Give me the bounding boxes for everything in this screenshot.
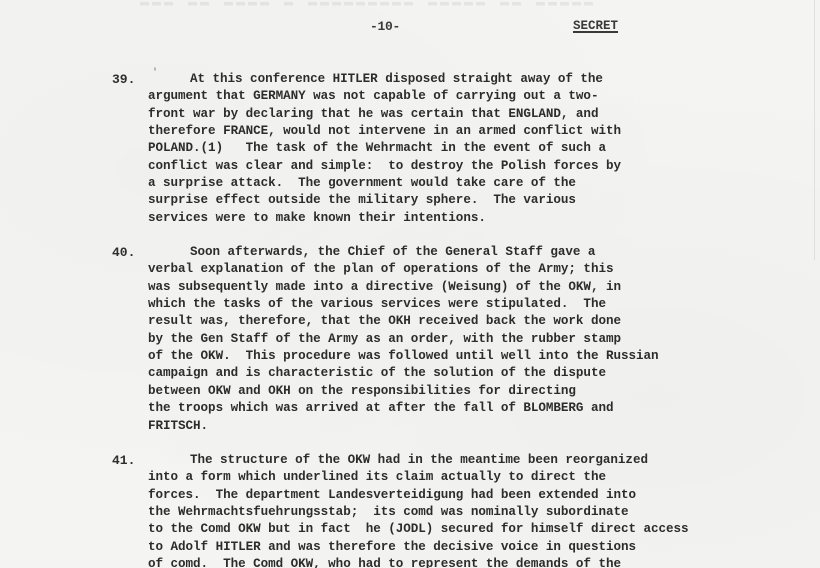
text-line: The structure of the OKW had in the mean… [190,453,648,468]
classification-marking: SECRET [573,19,618,33]
text-line: POLAND.(1) The task of the Wehrmacht in … [148,141,606,156]
stray-mark: ' [152,68,158,79]
text-line: services were to make known their intent… [148,211,486,226]
text-line: by the Gen Staff of the Army as an order… [148,332,621,347]
paragraph-number: 41. [112,453,135,468]
text-line: Soon afterwards, the Chief of the Genera… [190,245,595,260]
text-line: between OKW and OKH on the responsibilit… [148,384,576,399]
paragraph-number: 40. [112,245,135,260]
text-line: surprise effect outside the military sph… [148,193,576,208]
text-line: argument that GERMANY was not capable of… [148,89,598,104]
text-line: to Adolf HITLER and was therefore the de… [148,540,636,555]
text-line: front war by declaring that he was certa… [148,107,598,122]
text-line: result was, therefore, that the OKH rece… [148,314,621,329]
text-line: verbal explanation of the plan of operat… [148,262,613,277]
text-line: the Wehrmachtsfuehrungsstab; its comd wa… [148,505,628,520]
bleed-through-text: ▬▬▬ ▬▬ ▬▬▬▬ ▬ ▬▬▬▬▬▬▬▬▬ ▬▬▬▬▬ ▬▬ ▬▬▬▬▬ [140,0,760,8]
page-number: -10- [370,19,400,34]
text-line: FRITSCH. [148,419,208,434]
text-line: conflict was clear and simple: to destro… [148,159,621,174]
paragraph-number: 39. [112,72,135,87]
text-line: campaign and is characteristic of the so… [148,366,606,381]
text-line: which the tasks of the various services … [148,297,606,312]
text-line: a surprise attack. The government would … [148,176,576,191]
text-line: therefore FRANCE, would not intervene in… [148,124,621,139]
text-line: of comd. The Comd OKW, who had to repres… [148,557,621,568]
document-page: ▬▬▬ ▬▬ ▬▬▬▬ ▬ ▬▬▬▬▬▬▬▬▬ ▬▬▬▬▬ ▬▬ ▬▬▬▬▬ -… [0,0,820,568]
text-line: At this conference HITLER disposed strai… [190,72,603,87]
text-line: to the Comd OKW but in fact he (JODL) se… [148,522,689,537]
text-line: of the OKW. This procedure was followed … [148,349,659,364]
text-line: into a form which underlined its claim a… [148,470,606,485]
text-line: forces. The department Landesverteidigun… [148,488,636,503]
text-line: the troops which was arrived at after th… [148,401,613,416]
page-edge-shadow [814,0,815,260]
text-line: was subsequently made into a directive (… [148,280,621,295]
